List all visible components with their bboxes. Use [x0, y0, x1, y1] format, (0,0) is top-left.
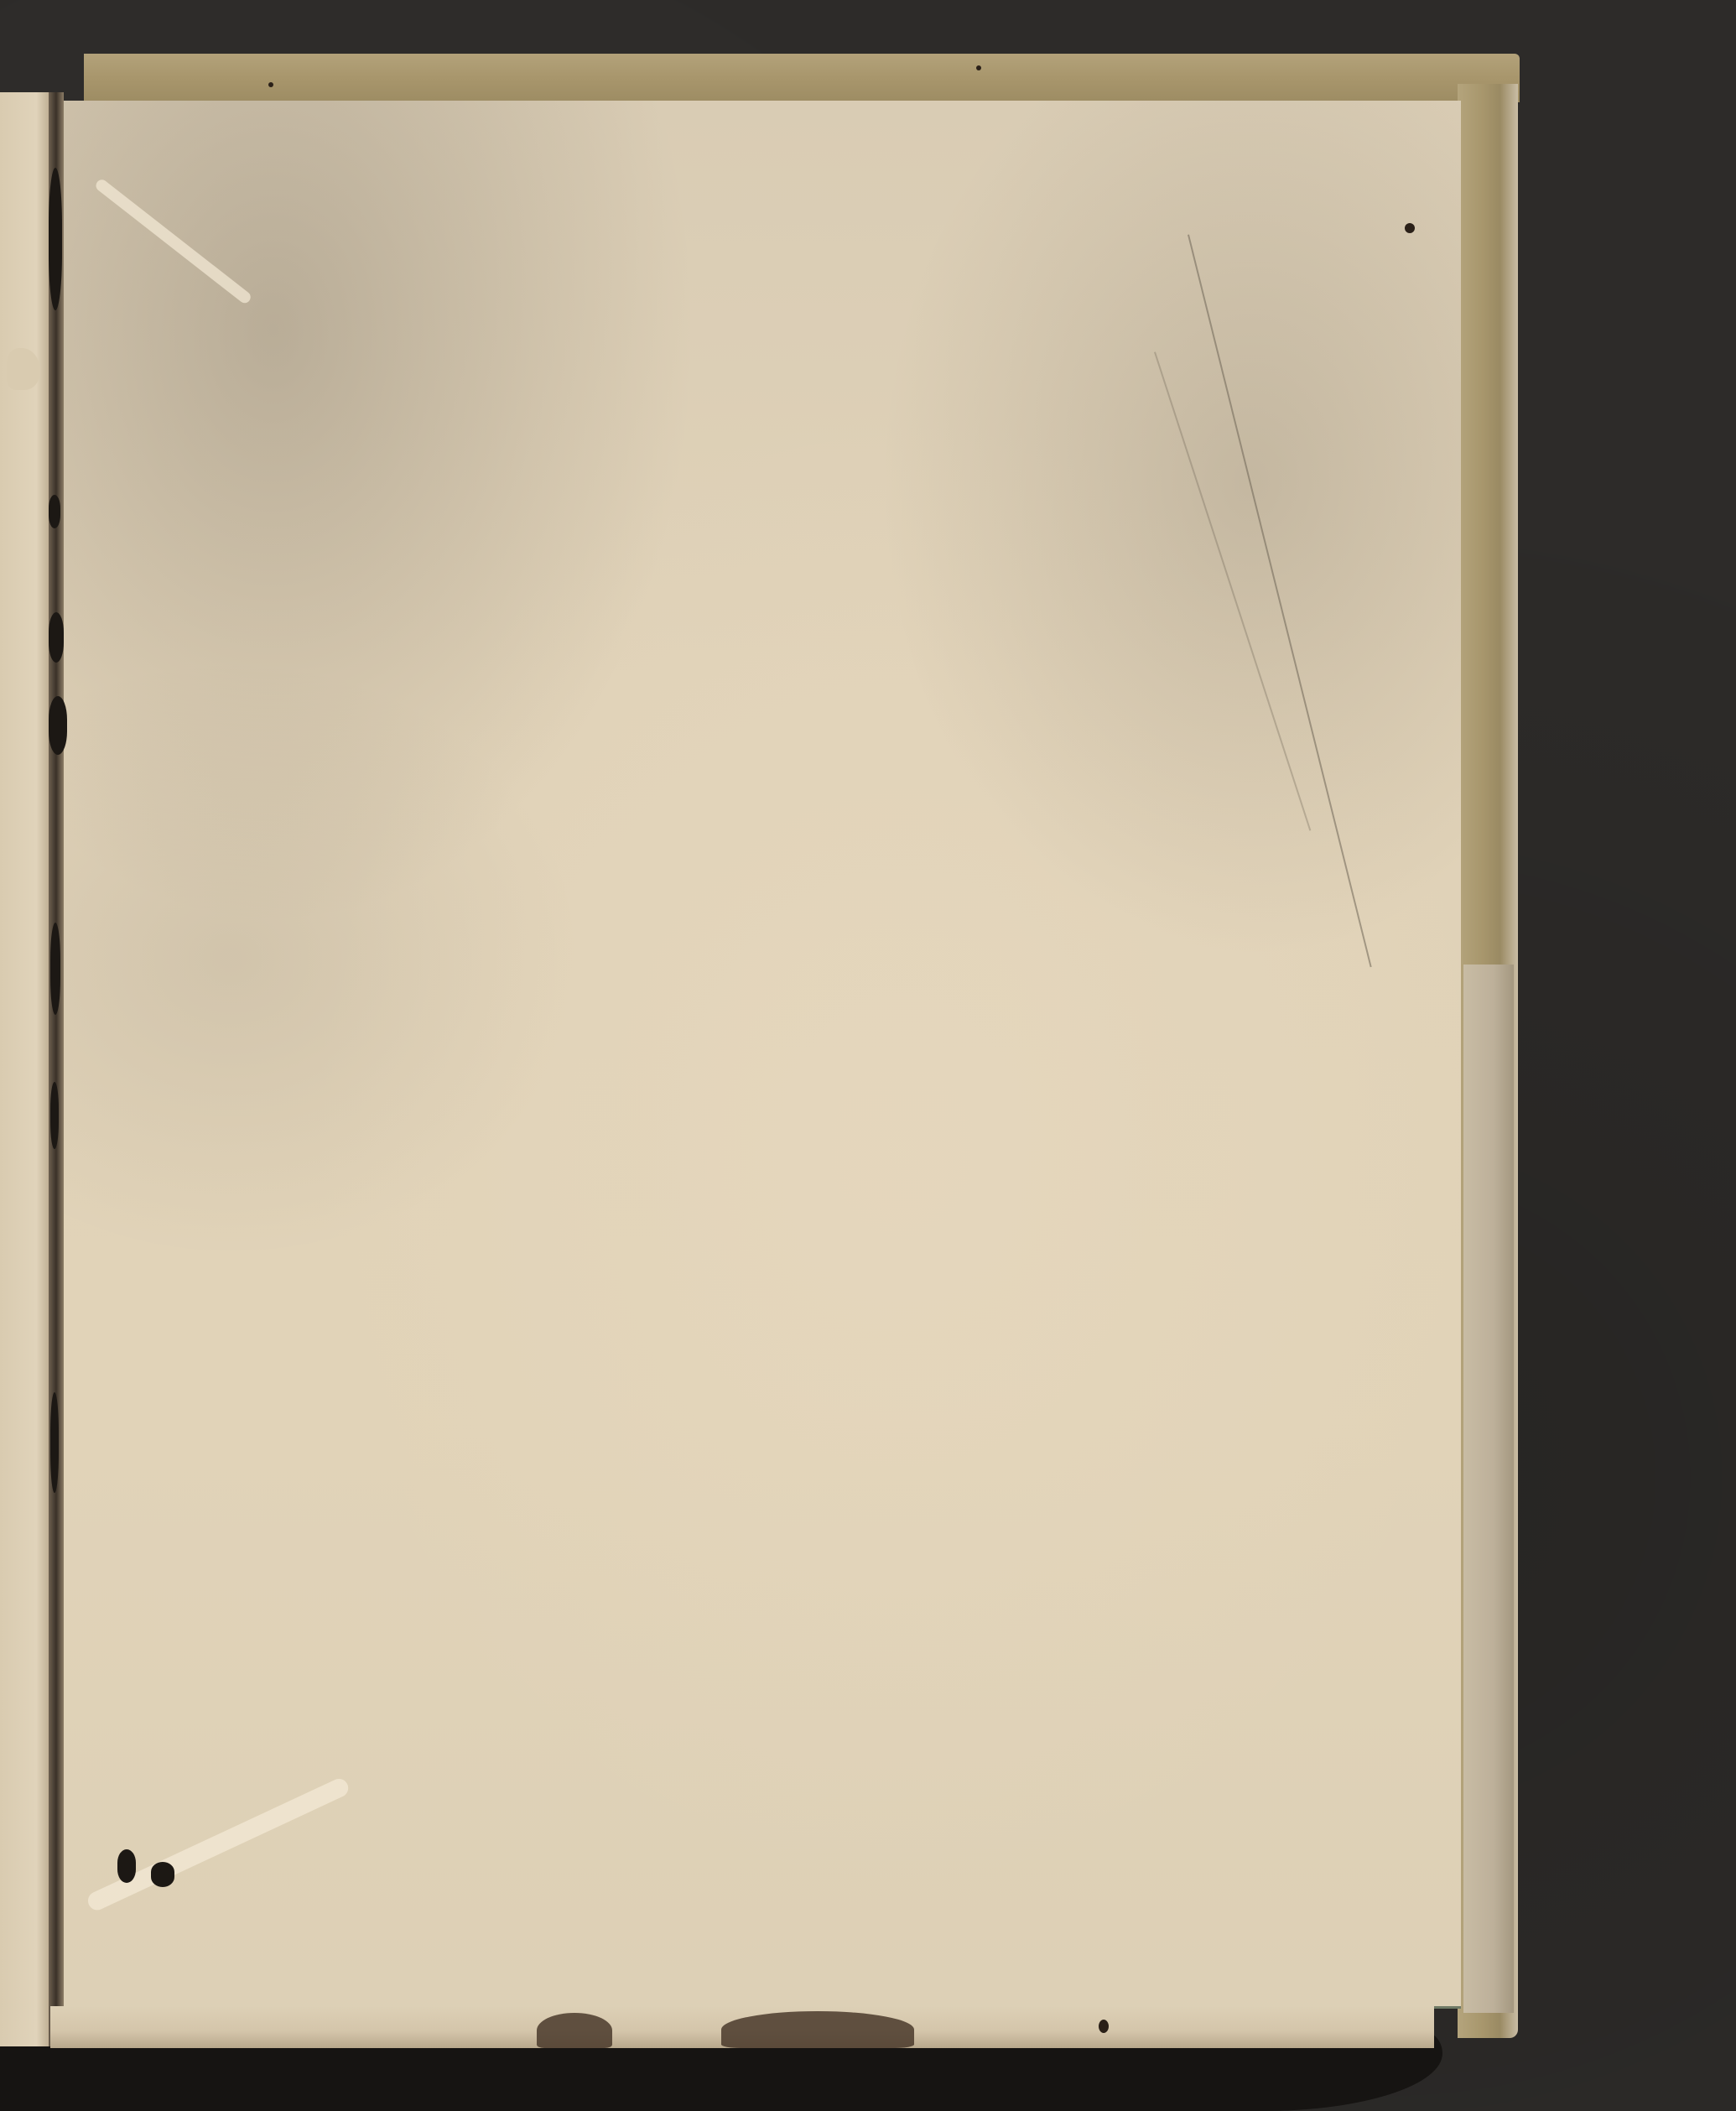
- paper-crack: [1188, 235, 1372, 968]
- dark-stain: [721, 2011, 914, 2048]
- worm-hole: [49, 696, 67, 755]
- paper-speck: [1405, 223, 1415, 233]
- right-vellum-strip-worn: [1463, 965, 1514, 2013]
- spine-gutter: [49, 92, 64, 2046]
- worm-hole: [49, 495, 60, 528]
- worm-hole: [50, 1082, 59, 1149]
- worm-hole: [117, 1849, 136, 1883]
- paper-crack-secondary: [1154, 351, 1311, 830]
- bottom-edge-strip: [50, 2006, 1434, 2048]
- worm-hole: [49, 168, 62, 310]
- paper-crease-bottom: [85, 1776, 351, 1913]
- dark-stain: [537, 2013, 612, 2048]
- worm-hole: [50, 923, 60, 1015]
- paper-speck: [976, 65, 981, 70]
- worm-hole: [151, 1862, 174, 1887]
- page-tear: [7, 348, 40, 390]
- paper-crease-top: [94, 177, 253, 305]
- worm-hole: [50, 1392, 59, 1493]
- worm-hole: [49, 612, 64, 663]
- paper-speck: [1099, 2020, 1109, 2033]
- top-vellum-strip: [84, 54, 1520, 102]
- blank-page: [64, 101, 1461, 2009]
- paper-speck: [268, 82, 273, 87]
